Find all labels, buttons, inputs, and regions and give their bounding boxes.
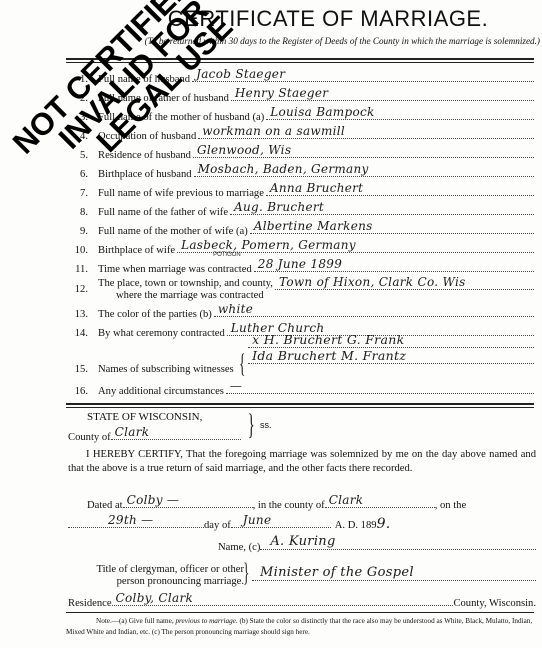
field-value-line: Town of Hixon, Clark Co. Wis bbox=[275, 277, 534, 290]
field-label: Full name of the father of wife bbox=[98, 207, 228, 218]
field-value-line: Albertine Markens bbox=[250, 221, 534, 234]
title-label: Title of clergyman, officer or other per… bbox=[74, 564, 244, 588]
field-number: 1. bbox=[60, 74, 88, 85]
field-number: 10. bbox=[60, 245, 88, 256]
field-number: 12. bbox=[60, 284, 88, 295]
field-value-line: Glenwood, Wis bbox=[193, 145, 534, 158]
field-label: Birthplace of husband bbox=[98, 169, 192, 180]
residence-row: Residence Colby, Clark County, Wisconsin… bbox=[68, 594, 536, 609]
witness-name: x H. Bruchert G. Frank bbox=[252, 332, 404, 347]
field-value: Albertine Markens bbox=[254, 219, 373, 233]
field-number: 3. bbox=[60, 112, 88, 123]
field-label: Birthplace of wife bbox=[98, 245, 175, 256]
witness-fields: x H. Bruchert G. FrankIda Bruchert M. Fr… bbox=[248, 334, 534, 364]
residence-field: Colby, Clark bbox=[112, 594, 454, 606]
note-rule bbox=[66, 612, 534, 613]
field-value: Town of Hixon, Clark Co. Wis bbox=[279, 275, 466, 289]
year-label: A. D. 189 bbox=[335, 520, 377, 531]
day-row: 29th — day of June A. D. 189 9. bbox=[68, 516, 391, 532]
field-row: 9.Full name of the mother of wife (a)Alb… bbox=[60, 221, 534, 239]
field-number: 14. bbox=[60, 328, 88, 339]
field-value-line: — bbox=[226, 381, 534, 394]
field-value-line: Louisa Bampock bbox=[266, 107, 534, 120]
fields-bottom-rule bbox=[66, 403, 534, 405]
field-value: Jacob Staeger bbox=[196, 67, 285, 81]
field-label: Names of subscribing witnesses bbox=[98, 364, 234, 375]
document-title: CERTIFICATE OF MARRIAGE. bbox=[118, 6, 538, 32]
field-value-line: Lasbeck, Pomern, GermanyPOTIGON bbox=[177, 240, 534, 253]
day-field: 29th — bbox=[68, 516, 204, 528]
field-number: 9. bbox=[60, 226, 88, 237]
note-prefix: Note.—(a) Give full name, bbox=[96, 617, 175, 625]
footnote: Note.—(a) Give full name, previous to ma… bbox=[66, 616, 536, 638]
field-number: 4. bbox=[60, 131, 88, 142]
title-value: Minister of the Gospel bbox=[260, 565, 414, 580]
header-rule bbox=[66, 58, 534, 60]
field-value-line: Jacob Staeger bbox=[192, 69, 534, 82]
residence-value: Colby, Clark bbox=[116, 591, 194, 605]
note-italic: previous to marriage. bbox=[175, 617, 237, 625]
field-label: Full name of husband bbox=[98, 74, 190, 85]
county-value: Clark bbox=[115, 425, 150, 439]
field-value-line: Anna Bruchert bbox=[266, 183, 534, 196]
field-row: 13.The color of the parties (b)white bbox=[60, 304, 534, 322]
field-row: 6.Birthplace of husbandMosbach, Baden, G… bbox=[60, 164, 534, 182]
residence-label: Residence bbox=[68, 598, 112, 609]
witness-name: Ida Bruchert M. Frantz bbox=[252, 348, 406, 363]
field-number: 6. bbox=[60, 169, 88, 180]
field-label: Full name of wife previous to marriage bbox=[98, 188, 264, 199]
field-number: 7. bbox=[60, 188, 88, 199]
witness-brace: { bbox=[239, 349, 245, 379]
field-row: 3.Full name of the mother of husband (a)… bbox=[60, 107, 534, 125]
field-number: 13. bbox=[60, 309, 88, 320]
field-row: 2.Full name of father of husbandHenry St… bbox=[60, 88, 534, 106]
field-row: 15.Names of subscribing witnesses{x H. B… bbox=[60, 342, 534, 372]
header-rule-thin bbox=[66, 62, 534, 63]
month-value: June bbox=[243, 513, 272, 527]
ss-label: ss. bbox=[260, 420, 272, 430]
field-number: 2. bbox=[60, 93, 88, 104]
marriage-certificate: CERTIFICATE OF MARRIAGE. (To be returned… bbox=[0, 0, 542, 648]
field-row: 10.Birthplace of wifeLasbeck, Pomern, Ge… bbox=[60, 240, 534, 258]
field-row: 8.Full name of the father of wifeAug. Br… bbox=[60, 202, 534, 220]
county-row: County of Clark bbox=[68, 428, 241, 443]
document-subtitle: (To be returned within 30 days to the Re… bbox=[40, 36, 540, 46]
in-county-field: Clark bbox=[325, 496, 435, 508]
field-number: 5. bbox=[60, 150, 88, 161]
name-field: A. Kuring bbox=[260, 538, 536, 550]
field-value-line: Aug. Bruchert bbox=[230, 202, 534, 215]
name-row: Name, (c) A. Kuring bbox=[218, 538, 536, 553]
day-of-label: day of bbox=[204, 520, 231, 531]
dated-at-value: Colby — bbox=[127, 493, 180, 507]
field-number: 16. bbox=[60, 386, 88, 397]
field-value: Anna Bruchert bbox=[270, 181, 363, 195]
in-county-label: , in the county of bbox=[253, 500, 325, 511]
field-row: 1.Full name of husbandJacob Staeger bbox=[60, 69, 534, 87]
field-label: Full name of the mother of husband (a) bbox=[98, 112, 264, 123]
field-value: Lasbeck, Pomern, Germany bbox=[181, 238, 356, 252]
field-value: Aug. Bruchert bbox=[234, 200, 324, 214]
witness-field: Ida Bruchert M. Frantz bbox=[248, 350, 534, 364]
field-value: — bbox=[230, 379, 242, 393]
field-value-line: Mosbach, Baden, Germany bbox=[194, 164, 534, 177]
state-label: STATE OF WISCONSIN, bbox=[87, 411, 202, 423]
field-annotation: POTIGON bbox=[213, 252, 241, 258]
title-field: Minister of the Gospel bbox=[252, 566, 536, 581]
field-row: 5.Residence of husbandGlenwood, Wis bbox=[60, 145, 534, 163]
field-row: 7.Full name of wife previous to marriage… bbox=[60, 183, 534, 201]
county-field: Clark bbox=[111, 428, 241, 440]
day-value: 29th — bbox=[108, 513, 153, 527]
certify-text: I HEREBY CERTIFY, That the foregoing mar… bbox=[68, 448, 536, 476]
field-number: 11. bbox=[60, 264, 88, 275]
residence-suffix: County, Wisconsin. bbox=[453, 598, 536, 609]
title-label-line-1: Title of clergyman, officer or other bbox=[74, 564, 244, 576]
field-number: 8. bbox=[60, 207, 88, 218]
field-value: workman on a sawmill bbox=[202, 124, 345, 138]
brace: } bbox=[248, 408, 255, 442]
field-row: 12.The place, town or township, and coun… bbox=[60, 279, 534, 307]
witness-field: x H. Bruchert G. Frank bbox=[248, 334, 534, 348]
title-label-line-2: person pronouncing marriage. bbox=[74, 576, 244, 588]
field-value: Mosbach, Baden, Germany bbox=[198, 162, 369, 176]
title-brace: } bbox=[243, 558, 249, 588]
field-value-line: workman on a sawmill bbox=[198, 126, 534, 139]
field-label: Time when marriage was contracted bbox=[98, 264, 252, 275]
field-label: Full name of father of husband bbox=[98, 93, 229, 104]
year-value: 9. bbox=[377, 516, 391, 532]
name-label: Name, (c) bbox=[218, 542, 260, 553]
field-label: Occupation of husband bbox=[98, 131, 196, 142]
field-label-line-1: The place, town or township, and county, bbox=[98, 278, 273, 290]
dated-row: Dated at Colby — , in the county of Clar… bbox=[87, 496, 537, 511]
field-row: 4.Occupation of husbandworkman on a sawm… bbox=[60, 126, 534, 144]
fields-bottom-rule-thin bbox=[66, 407, 534, 408]
field-row: 16.Any additional circumstances— bbox=[60, 381, 534, 399]
county-label: County of bbox=[68, 432, 111, 443]
dated-at-label: Dated at bbox=[87, 500, 123, 511]
in-county-value: Clark bbox=[329, 493, 364, 507]
field-value: Glenwood, Wis bbox=[197, 143, 291, 157]
field-label: By what ceremony contracted bbox=[98, 328, 225, 339]
field-value: Henry Staeger bbox=[235, 86, 328, 100]
field-value-line: white bbox=[214, 304, 534, 317]
field-label-line-2: where the marriage was contracted bbox=[98, 290, 273, 302]
name-value: A. Kuring bbox=[270, 534, 335, 549]
field-value: Louisa Bampock bbox=[270, 105, 374, 119]
field-label: The color of the parties (b) bbox=[98, 309, 212, 320]
field-label: Any additional circumstances bbox=[98, 386, 224, 397]
field-value-line: 28 June 1899 bbox=[254, 259, 534, 272]
dated-at-field: Colby — bbox=[123, 496, 253, 508]
field-number: 15. bbox=[60, 364, 88, 375]
field-value: white bbox=[218, 302, 253, 316]
field-value-line: Henry Staeger bbox=[231, 88, 534, 101]
field-value: 28 June 1899 bbox=[258, 257, 342, 271]
field-label: The place, town or township, and county,… bbox=[98, 278, 273, 302]
field-label: Full name of the mother of wife (a) bbox=[98, 226, 248, 237]
on-the-label: , on the bbox=[435, 500, 466, 511]
field-label: Residence of husband bbox=[98, 150, 191, 161]
month-field: June bbox=[231, 516, 331, 528]
